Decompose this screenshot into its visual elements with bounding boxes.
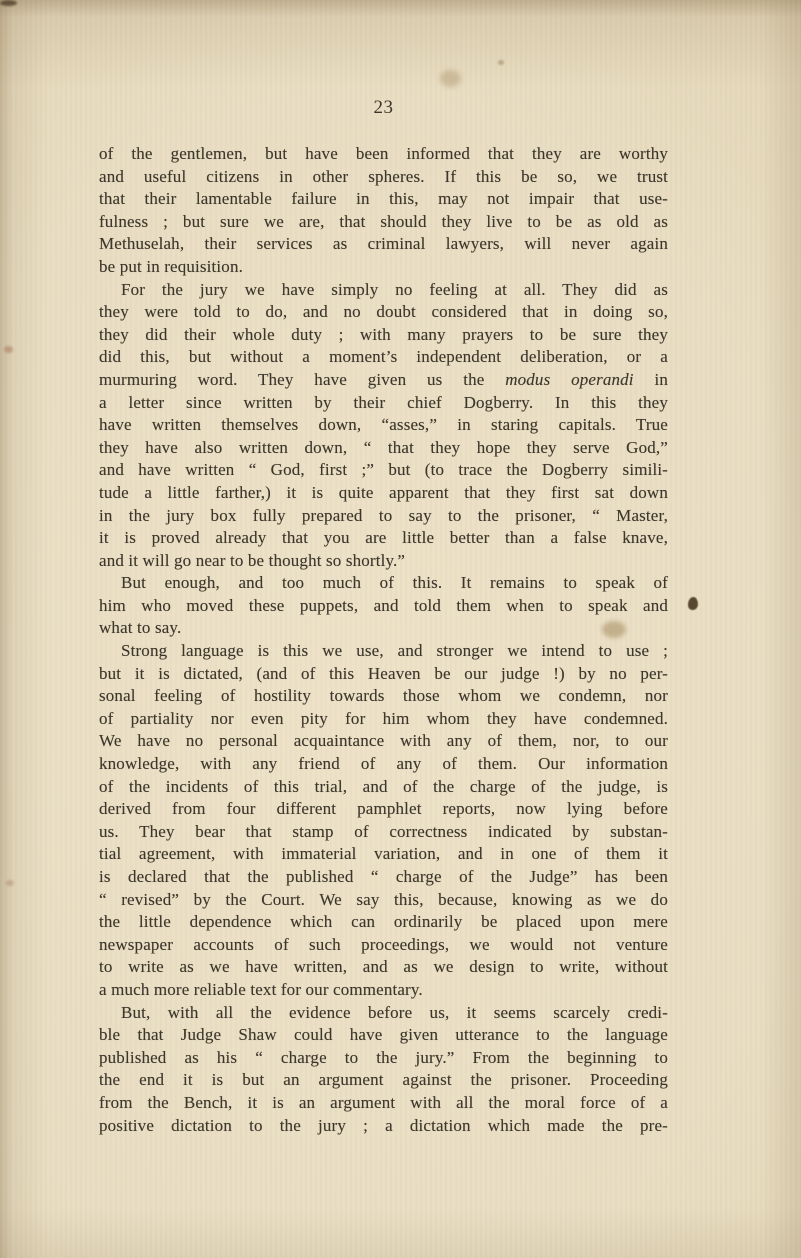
- text-line: to write as we have written, and as we d…: [99, 956, 668, 979]
- text-line: sonal feeling of hostility towards those…: [99, 685, 668, 708]
- text-line: did this, but without a moment’s indepen…: [99, 346, 668, 369]
- text-line: and useful citizens in other spheres. If…: [99, 166, 668, 189]
- text-line: us. They bear that stamp of correctness …: [99, 821, 668, 844]
- text-line: but it is dictated, (and of this Heaven …: [99, 663, 668, 686]
- text-line: For the jury we have simply no feeling a…: [99, 279, 668, 302]
- text-line: Methuselah, their services as criminal l…: [99, 233, 668, 256]
- ink-speck-stain: [688, 597, 698, 610]
- text-line: have written themselves down, “asses,” i…: [99, 414, 668, 437]
- paragraph: Strong language is this we use, and stro…: [99, 640, 668, 1002]
- text-line: of the gentlemen, but have been informed…: [99, 143, 668, 166]
- text-line: “ revised” by the Court. We say this, be…: [99, 889, 668, 912]
- text-line: from the Bench, it is an argument with a…: [99, 1092, 668, 1115]
- text-line: fulness ; but sure we are, that should t…: [99, 211, 668, 234]
- page-number: 23: [99, 97, 668, 119]
- text-line: the end it is but an argument against th…: [99, 1069, 668, 1092]
- text-segment: murmuring word. They have given us the: [99, 370, 505, 389]
- text-line: derived from four different pamphlet rep…: [99, 798, 668, 821]
- text-line: they were told to do, and no doubt consi…: [99, 301, 668, 324]
- text-line: Strong language is this we use, and stro…: [99, 640, 668, 663]
- book-page-scan: 23 of the gentlemen, but have been infor…: [0, 0, 801, 1258]
- text-line: of partiality nor even pity for him whom…: [99, 708, 668, 731]
- text-line: published as his “ charge to the jury.” …: [99, 1047, 668, 1070]
- text-line: a much more reliable text for our commen…: [99, 979, 668, 1002]
- faint-smudge-stain: [440, 70, 461, 87]
- paragraph: of the gentlemen, but have been informed…: [99, 143, 668, 279]
- text-line: of the incidents of this trial, and of t…: [99, 776, 668, 799]
- text-line: what to say.: [99, 617, 668, 640]
- text-line: knowledge, with any friend of any of the…: [99, 753, 668, 776]
- paragraph: But enough, and too much of this. It rem…: [99, 572, 668, 640]
- text-line: be put in requisition.: [99, 256, 668, 279]
- text-line: and have written “ God, first ;” but (to…: [99, 459, 668, 482]
- text-line: tial agreement, with immaterial variatio…: [99, 843, 668, 866]
- edge-fleck-stain: [6, 880, 14, 886]
- text-line: ble that Judge Shaw could have given utt…: [99, 1024, 668, 1047]
- text-line: But, with all the evidence before us, it…: [99, 1002, 668, 1025]
- text-block: of the gentlemen, but have been informed…: [99, 143, 668, 1137]
- edge-fleck-stain: [4, 346, 13, 353]
- paragraph: But, with all the evidence before us, it…: [99, 1002, 668, 1138]
- text-line: the little dependence which can ordinari…: [99, 911, 668, 934]
- text-line: newspaper accounts of such proceedings, …: [99, 934, 668, 957]
- text-line: and it will go near to be thought so sho…: [99, 550, 668, 573]
- text-line: murmuring word. They have given us the m…: [99, 369, 668, 392]
- text-line: him who moved these puppets, and told th…: [99, 595, 668, 618]
- text-line: is declared that the published “ charge …: [99, 866, 668, 889]
- tiny-dot-stain: [498, 60, 504, 65]
- text-line: We have no personal acquaintance with an…: [99, 730, 668, 753]
- text-line: a letter since written by their chief Do…: [99, 392, 668, 415]
- text-line: in the jury box fully prepared to say to…: [99, 505, 668, 528]
- text-line: it is proved already that you are little…: [99, 527, 668, 550]
- italic-phrase: modus operandi: [505, 370, 634, 389]
- paragraph: For the jury we have simply no feeling a…: [99, 279, 668, 573]
- text-line: they have also written down, “ that they…: [99, 437, 668, 460]
- text-line: that their lamentable failure in this, m…: [99, 188, 668, 211]
- text-line: positive dictation to the jury ; a dicta…: [99, 1115, 668, 1138]
- text-line: tude a little farther,) it is quite appa…: [99, 482, 668, 505]
- text-segment: in: [634, 370, 668, 389]
- corner-mark-stain: [0, 0, 17, 6]
- text-line: But enough, and too much of this. It rem…: [99, 572, 668, 595]
- text-line: they did their whole duty ; with many pr…: [99, 324, 668, 347]
